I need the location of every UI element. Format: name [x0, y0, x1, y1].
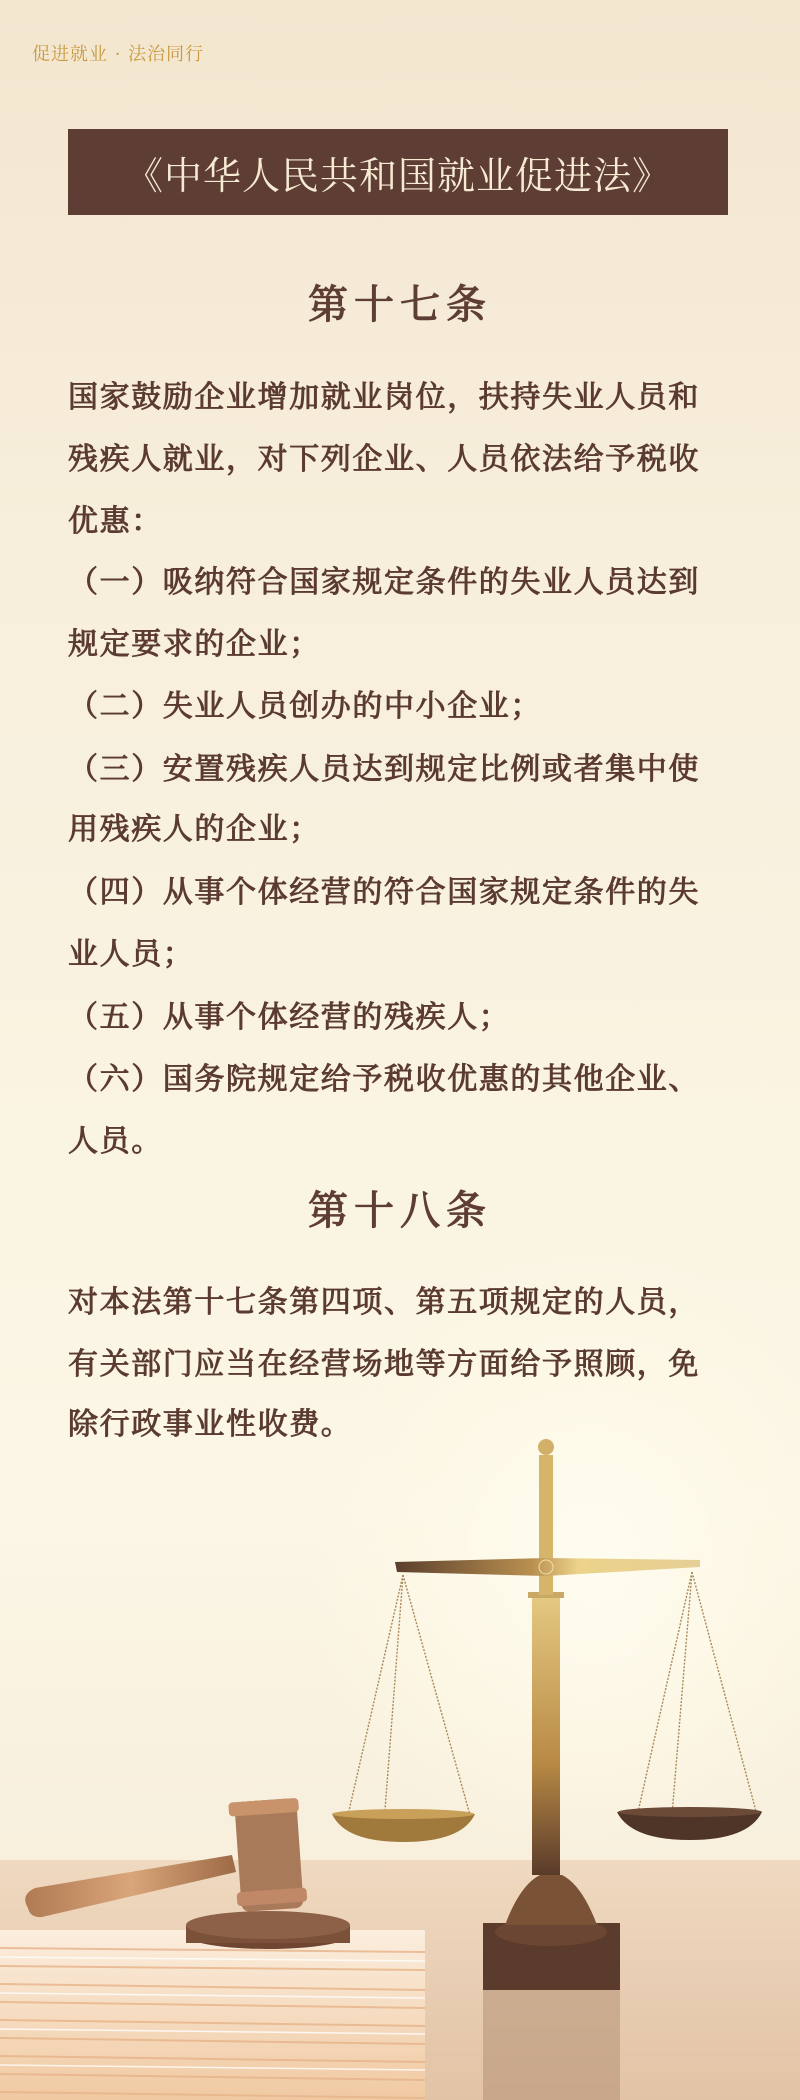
article-17-title: 第十七条	[0, 280, 800, 330]
article-17-line: 人员。	[68, 1122, 728, 1162]
justice-illustration	[0, 1430, 800, 2100]
article-17-line: 优惠：	[68, 502, 728, 542]
article-17-line: 规定要求的企业；	[68, 625, 728, 665]
paper-stack-icon	[0, 1930, 425, 2100]
article-17-line: 残疾人就业，对下列企业、人员依法给予税收	[68, 440, 728, 480]
law-title: 《中华人民共和国就业促进法》	[125, 145, 671, 200]
article-17-item-1: （一）吸纳符合国家规定条件的失业人员达到	[68, 563, 728, 603]
article-17-item-3: （三）安置残疾人员达到规定比例或者集中使	[68, 750, 728, 790]
article-17-line: 国家鼓励企业增加就业岗位，扶持失业人员和	[68, 378, 728, 418]
law-title-banner: 《中华人民共和国就业促进法》	[68, 129, 728, 215]
article-17-item-2: （二）失业人员创办的中小企业；	[68, 687, 728, 727]
article-17-line: 用残疾人的企业；	[68, 810, 728, 850]
article-17-item-4: （四）从事个体经营的符合国家规定条件的失	[68, 873, 728, 913]
article-18-title: 第十八条	[0, 1186, 800, 1236]
article-18-line: 对本法第十七条第四项、第五项规定的人员，	[68, 1283, 728, 1323]
article-17-line: 业人员；	[68, 935, 728, 975]
article-17-item-6: （六）国务院规定给予税收优惠的其他企业、	[68, 1060, 728, 1100]
article-18-line: 有关部门应当在经营场地等方面给予照顾，免	[68, 1345, 728, 1385]
tagline: 促进就业 · 法治同行	[32, 40, 204, 66]
article-17-item-5: （五）从事个体经营的残疾人；	[68, 998, 728, 1038]
